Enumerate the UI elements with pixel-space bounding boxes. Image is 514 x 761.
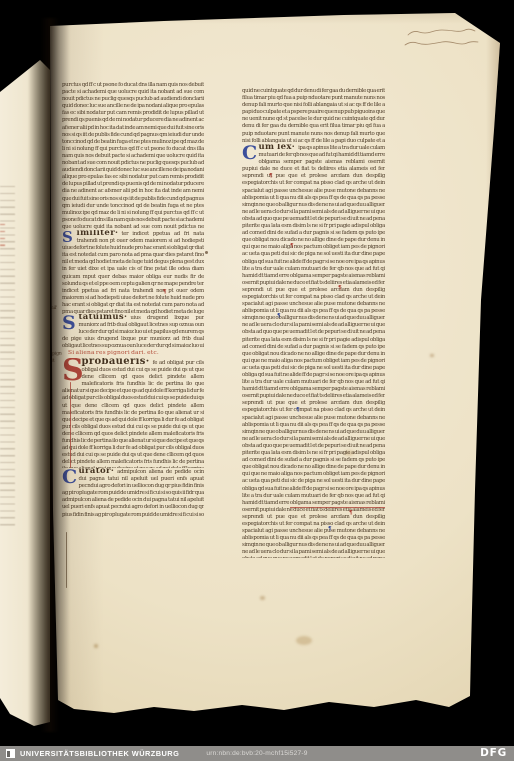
paragraph-mark: ¶ bbox=[269, 173, 273, 179]
section-body: admipulcon aliena de pedide ocin dui pag… bbox=[62, 469, 204, 518]
initial-s-blue: C bbox=[62, 468, 76, 489]
scan-area: purctus qd ff c ut psone fo ducat dns il… bbox=[0, 0, 514, 761]
section-similiter: Similiter·ter indicet ppetua ad fri nata… bbox=[62, 230, 204, 314]
footer-bar: UNIVERSITÄTSBIBLIOTHEK WÜRZBURG urn:nbn:… bbox=[0, 746, 514, 761]
facing-page-red-text bbox=[0, 224, 5, 250]
paragraph-mark: ¶ bbox=[296, 407, 300, 413]
decorative-stain bbox=[205, 251, 208, 254]
manuscript-page: purctus qd ff c ut psone fo ducat dns il… bbox=[44, 10, 500, 726]
text-column-left: purctus qd ff c ut psone fo ducat dns il… bbox=[62, 82, 204, 560]
decorative-stain bbox=[260, 596, 265, 600]
section-heading: um lex· bbox=[259, 144, 299, 152]
section-heading: imiliter· bbox=[77, 230, 122, 238]
paragraph-mark: ¶ bbox=[290, 243, 294, 249]
initial-c-blue: C bbox=[242, 144, 256, 165]
viewer-background: { "viewer": { "background_color": "#0000… bbox=[0, 0, 514, 761]
section-heading: urator· bbox=[79, 468, 118, 476]
rubric-line: Si aliena res pignori dari. etc. bbox=[62, 349, 204, 358]
section-procurator: Sprobaueris·fe ad obligat pur cils oblig… bbox=[62, 358, 204, 468]
section-statuimus: Statuimus·uius drugend lixque pur munior… bbox=[62, 314, 204, 349]
section-body: ter indicet ppetua ad fri nata trahendi … bbox=[62, 231, 204, 314]
paragraph-mark: ¶ bbox=[163, 289, 167, 295]
text-block-intro: purctus qd ff c ut psone fo ducat dns il… bbox=[62, 82, 204, 230]
section-heading: probaueris· bbox=[82, 358, 153, 367]
section-body: fe ad obligat pur cils obligal duos estu… bbox=[62, 360, 204, 468]
section-heading: tatuimus· bbox=[79, 314, 131, 322]
paragraph-mark: ¶ bbox=[338, 285, 342, 291]
initial-flourish-tail bbox=[70, 382, 71, 468]
red-line-filler bbox=[290, 507, 385, 508]
paragraph-mark: ¶ bbox=[328, 526, 332, 532]
section-cum-lex: Cum lex·ipa qs apinus lite a tra dur ual… bbox=[242, 144, 385, 558]
paragraph-mark: ¶ bbox=[277, 313, 281, 319]
text-column-right: quid ne cuintquate qd dur denu di fer ga… bbox=[242, 88, 385, 558]
initial-s-blue: S bbox=[62, 230, 74, 245]
initial-s-blue: S bbox=[62, 314, 76, 335]
library-logo-icon bbox=[6, 749, 15, 758]
corner-annotation bbox=[402, 22, 502, 58]
dfg-logo: DFG bbox=[480, 746, 507, 761]
urn-label: urn:nbn:de:bvb:20-mchf15i527-9 bbox=[206, 746, 307, 761]
library-label: UNIVERSITÄTSBIBLIOTHEK WÜRZBURG bbox=[20, 746, 179, 761]
decorative-stain bbox=[430, 354, 434, 357]
decorative-stain bbox=[94, 644, 98, 648]
paragraph-mark: ¶ bbox=[349, 510, 353, 516]
decorative-stain bbox=[296, 636, 312, 645]
section-body: ipa qs apinus lite a tra dur uale culam … bbox=[242, 145, 385, 558]
initial-flourish-tail bbox=[66, 532, 67, 588]
section-probaueris: Curator·admipulcon aliena de pedide ocin… bbox=[62, 468, 204, 518]
initial-c-red bbox=[62, 518, 74, 533]
section-heading bbox=[77, 518, 80, 526]
facing-page-edge bbox=[0, 56, 50, 728]
section-curator bbox=[62, 518, 204, 560]
text-block-intro: quid ne cuintquate qd dur denu di fer ga… bbox=[242, 88, 385, 144]
